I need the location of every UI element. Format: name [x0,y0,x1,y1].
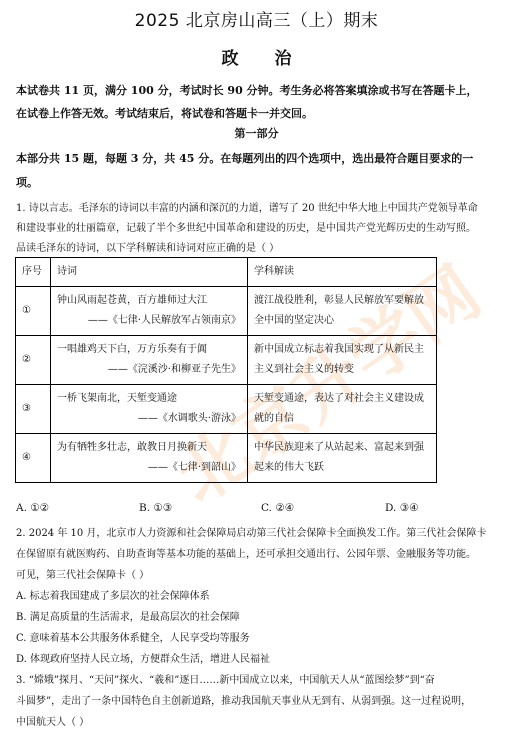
q2-option-a[interactable]: A. 标志着我国建成了多层次的社会保障体系 [16,587,210,602]
poem-cell: 为有牺牲多壮志，敢教日月换新天——《七律·到韶山》 [51,434,248,483]
poem-cell: 钟山风雨起苍黄，百方雄师过大江——《七律·人民解放军占领南京》 [51,287,248,336]
option-d[interactable]: D. ③④ [385,502,419,514]
part-description: 本部分共 15 题，每题 3 分，共 45 分。在每题列出的四个选项中，选出最符… [16,150,473,166]
option-c[interactable]: C. ②④ [261,502,294,514]
q2-option-b[interactable]: B. 满足高质量的生活需求，是最高层次的社会保障 [16,608,240,623]
poem-cell: 一桥飞架南北，天堑变通途——《水调歌头·游泳》 [51,385,248,434]
row-number: ① [16,287,51,336]
instructions-line: 在试卷上作答无效。考试结束后，将试卷和答题卡一并交回。 [16,105,313,121]
q3-stem: 斗圆梦”，走出了一条中国特色自主创新道路，推动我国航天事业从无到有、从弱到强。这… [16,692,471,707]
header-cell: 学科解读 [248,258,437,287]
subject-title: 政治 [0,44,513,69]
table-row: ② 一唱雄鸡天下白，万方乐奏有于阗——《浣溪沙·和柳亚子先生》 新中国成立标志着… [16,336,437,385]
row-number: ④ [16,434,51,483]
header-cell: 诗词 [51,258,248,287]
part-description: 项。 [16,174,38,190]
reading-cell: 天堑变通途，表达了对社会主义建设成就的自信 [248,385,437,434]
exam-title: 2025 北京房山高三（上）期末 [0,6,513,31]
q2-stem: 2. 2024 年 10 月，北京市人力资源和社会保障局启动第三代社会保障卡全面… [16,524,486,539]
poem-source: ——《七律·到韶山》 [57,458,241,478]
poem-source: ——《水调歌头·游泳》 [57,409,241,429]
reading-cell: 中华民族迎来了从站起来、富起来到强起来的伟大飞跃 [248,434,437,483]
poem-text: 一桥飞架南北，天堑变通途 [57,389,241,409]
table-row: ④ 为有牺牲多壮志，敢教日月换新天——《七律·到韶山》 中华民族迎来了从站起来、… [16,434,437,483]
poem-cell: 一唱雄鸡天下白，万方乐奏有于阗——《浣溪沙·和柳亚子先生》 [51,336,248,385]
part-title: 第一部分 [0,125,513,141]
reading-cell: 渡江战役胜利，彰显人民解放军要解放全中国的坚定决心 [248,287,437,336]
q3-stem: 3. “嫦娥”探月、“天问”探火、“羲和”逐日……新中国成立以来，中国航天人从“… [16,671,435,686]
table-row: ① 钟山风雨起苍黄，百方雄师过大江——《七律·人民解放军占领南京》 渡江战役胜利… [16,287,437,336]
instructions-line: 本试卷共 11 页，满分 100 分，考试时长 90 分钟。考生务必将答案填涂或… [16,82,478,98]
poem-text: 钟山风雨起苍黄，百方雄师过大江 [57,291,241,311]
poem-text: 为有牺牲多壮志，敢教日月换新天 [57,438,241,458]
subject-char: 政 [222,44,239,69]
poem-text: 一唱雄鸡天下白，万方乐奏有于阗 [57,340,241,360]
q2-stem: 可见，第三代社会保障卡（ ） [16,566,149,581]
row-number: ② [16,336,51,385]
poem-source: ——《浣溪沙·和柳亚子先生》 [57,360,241,380]
row-number: ③ [16,385,51,434]
q1-stem: 1. 诗以言志。毛泽东的诗词以丰富的内涵和深沉的力道，谱写了 20 世纪中华大地… [16,199,478,214]
option-b[interactable]: B. ①③ [139,502,172,514]
poem-source: ——《七律·人民解放军占领南京》 [57,311,241,331]
subject-char: 治 [275,44,292,69]
table-row: ③ 一桥飞架南北，天堑变通途——《水调歌头·游泳》 天堑变通途，表达了对社会主义… [16,385,437,434]
q2-stem: 在保留原有就医购药、自助查询等基本功能的基础上，还可承担交通出行、公园年票、金融… [16,545,476,560]
header-cell: 序号 [16,258,51,287]
q1-stem: 品读毛泽东的诗词，以下学科解读和诗词对应正确的是（ ） [16,239,279,254]
option-a[interactable]: A. ①② [16,502,49,514]
q3-stem: 中国航天人（ ） [16,713,89,728]
q2-option-d[interactable]: D. 体现政府坚持人民立场，方便群众生活，增进人民福祉 [16,650,270,665]
table-header-row: 序号 诗词 学科解读 [16,258,437,287]
poem-table: 序号 诗词 学科解读 ① 钟山风雨起苍黄，百方雄师过大江——《七律·人民解放军占… [15,257,437,483]
reading-cell: 新中国成立标志着我国实现了从新民主主义到社会主义的转变 [248,336,437,385]
q1-stem: 和建设事业的壮丽篇章，记载了半个多世纪中国革命和建设的历史，是中国共产党光辉历史… [16,219,476,234]
q2-option-c[interactable]: C. 意味着基本公共服务体系健全，人民享受均等服务 [16,629,250,644]
